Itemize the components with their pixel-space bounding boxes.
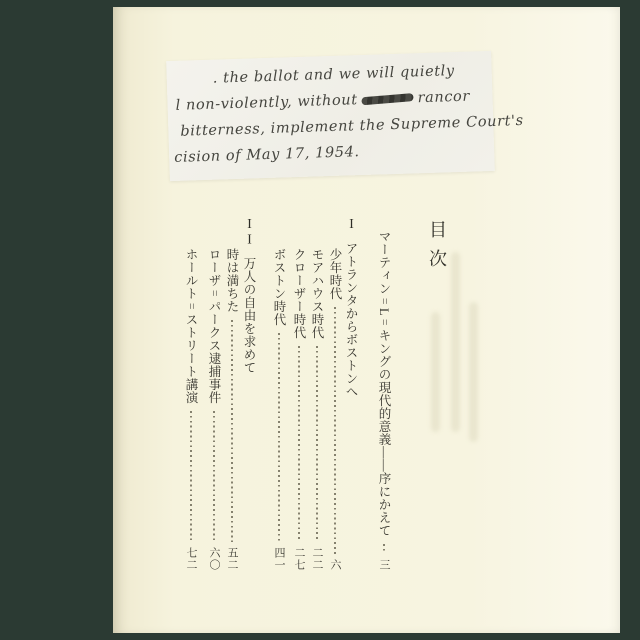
cover-band-top [0, 0, 640, 7]
part-numeral: I [343, 216, 359, 232]
page-number: 二七 [291, 547, 307, 571]
handwriting-facsimile: . the ballot and we will quietly l non-v… [166, 51, 495, 181]
toc-entry: ホールト゠ストリート講演 七二 [182, 248, 200, 571]
dot-leader [298, 346, 300, 542]
cover-band-right [620, 0, 640, 640]
part-heading-label: 万人の自由を求めて [240, 257, 258, 374]
toc-entry-label: ボストン時代 [270, 248, 288, 326]
page-number: 五二 [224, 547, 240, 571]
toc-entry: クローザー時代 二七 [290, 248, 308, 571]
toc-entry-label: ホールト゠ストリート講演 [182, 248, 200, 404]
toc-entry-label: モアハウス時代 [308, 248, 326, 339]
page-number: 七二 [183, 547, 199, 571]
show-through-smudge [451, 252, 460, 432]
cover-band-bottom [0, 633, 640, 640]
toc-entry: 少年時代 六 [326, 248, 344, 571]
page-number: 四一 [271, 547, 287, 571]
toc-entry-preface: マーティン゠L゠キングの現代的意義——序にかえて 三 [375, 230, 393, 571]
handwriting-line-before: l non-violently, without [175, 92, 358, 114]
page-number: 六 [327, 559, 343, 571]
page-number: 二二 [309, 547, 325, 571]
toc-entry-label: 時は満ちた [223, 248, 241, 313]
toc-title: 目次 [424, 220, 450, 310]
toc-entry-label: 少年時代 [326, 248, 344, 300]
book-photo: . the ballot and we will quietly l non-v… [0, 0, 640, 640]
toc-entry: ローザ゠パークス逮捕事件 六〇 [205, 248, 223, 571]
dot-leader [231, 320, 233, 542]
part-heading-label: アトランタからボストンへ [342, 242, 360, 398]
dot-leader [278, 333, 280, 542]
dot-leader [316, 346, 318, 542]
crossed-out-word [361, 93, 413, 105]
toc-entry-label: マーティン゠L゠キングの現代的意義——序にかえて [375, 230, 393, 537]
show-through-smudge [469, 302, 478, 442]
toc-entry-label: クローザー時代 [290, 248, 308, 339]
dot-leader [190, 411, 192, 542]
toc-entry: 時は満ちた 五二 [223, 248, 241, 571]
cover-band-left [0, 0, 113, 640]
toc-entry-label: ローザ゠パークス逮捕事件 [205, 248, 223, 404]
page-number: 六〇 [206, 547, 222, 571]
part-numeral: II [241, 216, 257, 247]
page-number: 三 [376, 559, 392, 571]
toc-part-heading-2: II 万人の自由を求めて [240, 216, 258, 546]
dot-leader [213, 411, 215, 542]
toc-part-heading-1: I アトランタからボストンへ [342, 216, 360, 546]
dot-leader [383, 544, 385, 554]
toc-entry: ボストン時代 四一 [270, 248, 288, 571]
book-page: . the ballot and we will quietly l non-v… [113, 7, 620, 633]
dot-leader [334, 307, 336, 554]
toc-title-text: 目次 [424, 220, 450, 278]
handwriting-line-after: rancor [417, 89, 470, 107]
toc-entry: モアハウス時代 二二 [308, 248, 326, 571]
show-through-smudge [431, 312, 440, 432]
